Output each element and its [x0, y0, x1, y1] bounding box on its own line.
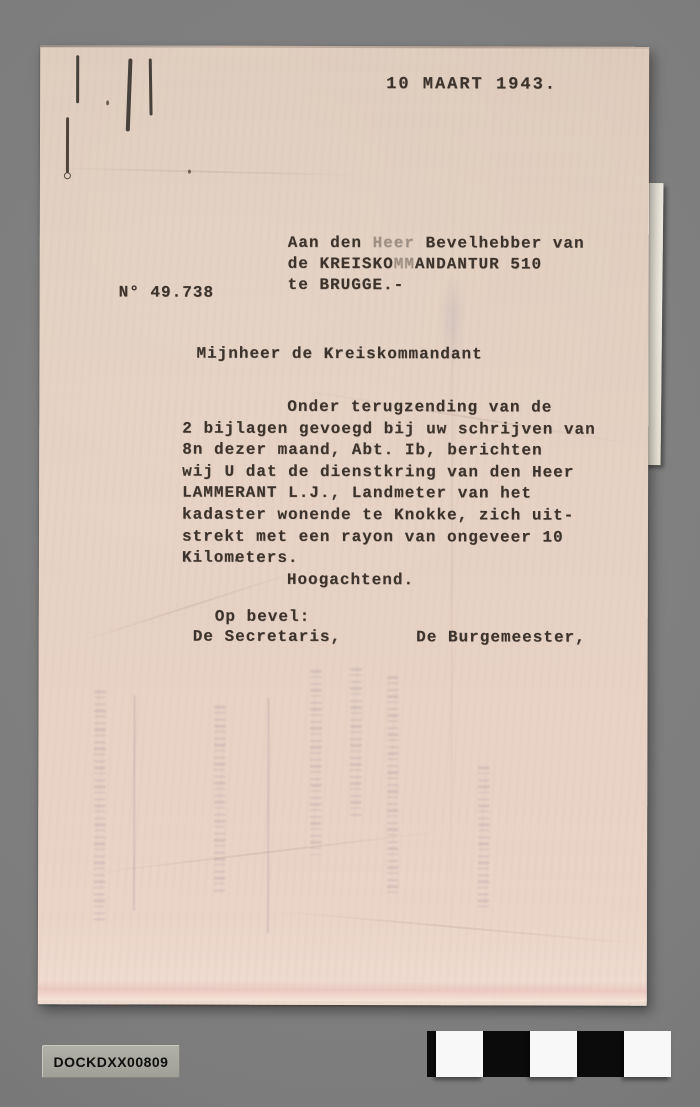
body-line: LAMMERANT L.J., Landmeter van het [182, 483, 596, 506]
staple [66, 117, 69, 173]
bleedthrough-rule [133, 695, 135, 910]
scale-bar-segment [577, 1031, 624, 1077]
tear-mark [76, 55, 79, 103]
photo-background: 10 MAART 1943. Aan den Heer Bevelhebber … [0, 0, 700, 1107]
recipient-line-3: te BRUGGE.- [288, 275, 585, 297]
salutation: Mijnheer de Kreiskommandant [196, 345, 482, 364]
catalog-label: DOCKDXX00809 [42, 1045, 180, 1078]
recipient-text: Aan den [288, 234, 373, 252]
body-line: Kilometers. [182, 548, 596, 571]
mayor-signature: De Burgemeester, [416, 627, 586, 647]
recipient-block: Aan den Heer Bevelhebber van de KREISKOM… [288, 233, 585, 297]
bleedthrough-text [350, 668, 361, 818]
body-line: wij U dat de dienstkring van den Heer [182, 461, 596, 484]
secretary-signature: De Secretaris, [193, 627, 341, 647]
signature-row: De Secretaris, De Burgemeester, [193, 627, 586, 648]
recipient-text: ANDANTUR 510 [415, 255, 542, 273]
crease [269, 909, 648, 945]
recipient-text-faded: MM [394, 255, 415, 273]
scale-bar-edge [427, 1031, 436, 1077]
recipient-line-2: de KREISKOMMANDANTUR 510 [288, 254, 585, 276]
scale-bar-segment [483, 1031, 530, 1077]
bleedthrough-text [94, 690, 106, 920]
scale-bar-segment [530, 1031, 577, 1077]
scale-bar [427, 1031, 671, 1077]
bleedthrough-text [387, 676, 399, 896]
signature-op-bevel: Op bevel: [193, 607, 586, 628]
body-line: 2 bijlagen gevoegd bij uw schrijven van [182, 418, 596, 441]
letter-body: Onder terugzending van de 2 bijlagen gev… [182, 397, 596, 592]
crease [45, 167, 365, 176]
bleedthrough-rule [267, 698, 269, 933]
recipient-line-1: Aan den Heer Bevelhebber van [288, 233, 585, 255]
recipient-text: de KREISKO [288, 255, 394, 273]
letter-paper: 10 MAART 1943. Aan den Heer Bevelhebber … [38, 45, 650, 1006]
bleedthrough-text [310, 670, 321, 855]
bleedthrough-text [214, 706, 225, 896]
tear-mark [149, 58, 153, 115]
body-line: kadaster wonende te Knokke, zich uit- [182, 505, 596, 528]
body-line: strekt met een rayon van ongeveer 10 [182, 526, 596, 549]
signature-block: Op bevel: De Secretaris, De Burgemeester… [193, 607, 586, 648]
recipient-text-faded: Heer [373, 234, 415, 252]
date-line: 10 MAART 1943. [386, 75, 557, 94]
bleedthrough-text [478, 766, 489, 911]
scale-bar-segment [624, 1031, 671, 1077]
ink-speck [106, 100, 109, 105]
tear-mark [126, 58, 132, 131]
closing-line: Hoogachtend. [182, 569, 596, 592]
scale-bar-segment [436, 1031, 483, 1077]
body-line: 8n dezer maand, Abt. Ib, berichten [182, 440, 596, 463]
body-line: Onder terugzending van de [182, 397, 596, 420]
signature-gap [341, 627, 416, 647]
reference-number: N° 49.738 [119, 283, 214, 301]
recipient-text: Bevelhebber van [415, 234, 585, 252]
